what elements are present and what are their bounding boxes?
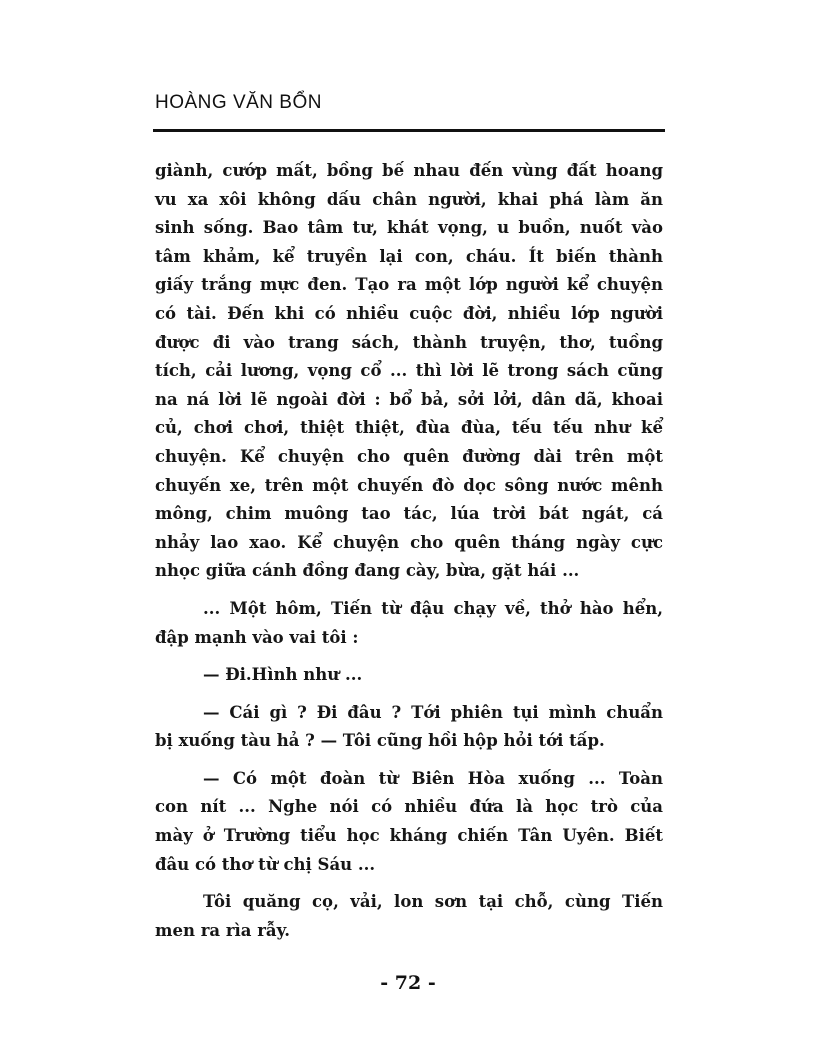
text-line: có tài. Đến khi có nhiều cuộc đời, nhiều…	[155, 300, 663, 329]
paragraph: giành, cướp mất, bồng bế nhau đến vùng đ…	[155, 157, 663, 586]
text-line: nhọc giữa cánh đồng đang cày, bừa, gặt h…	[155, 557, 663, 586]
header-rule	[153, 129, 665, 132]
text-line: tích, cải lương, vọng cổ ... thì lời lẽ …	[155, 357, 663, 386]
paragraph: — Đi.Hình như ...	[155, 661, 663, 690]
text-line: ... Một hôm, Tiến từ đậu chạy về, thở hà…	[155, 595, 663, 624]
body-text: giành, cướp mất, bồng bế nhau đến vùng đ…	[155, 157, 663, 945]
text-line: con nít ... Nghe nói có nhiều đứa là học…	[155, 793, 663, 822]
text-line: vu xa xôi không dấu chân người, khai phá…	[155, 186, 663, 215]
text-line: mông, chim muông tao tác, lúa trời bát n…	[155, 500, 663, 529]
text-line: mày ở Trường tiểu học kháng chiến Tân Uy…	[155, 822, 663, 851]
paragraph: Tôi quăng cọ, vải, lon sơn tại chỗ, cùng…	[155, 888, 663, 945]
page-number: - 72 -	[0, 972, 816, 994]
text-line: nhảy lao xao. Kể chuyện cho quên tháng n…	[155, 529, 663, 558]
text-line: bị xuống tàu hả ? — Tôi cũng hồi hộp hỏi…	[155, 727, 663, 756]
paragraph: — Cái gì ? Đi đâu ? Tới phiên tụi mình c…	[155, 699, 663, 756]
text-line: chuyến xe, trên một chuyến đò dọc sông n…	[155, 472, 663, 501]
text-line: — Có một đoàn từ Biên Hòa xuống ... Toàn	[155, 765, 663, 794]
running-head-author: HOÀNG VĂN BỔN	[155, 92, 322, 114]
text-line: sinh sống. Bao tâm tư, khát vọng, u buồn…	[155, 214, 663, 243]
text-line: Tôi quăng cọ, vải, lon sơn tại chỗ, cùng…	[155, 888, 663, 917]
text-line: tâm khảm, kể truyền lại con, cháu. Ít bi…	[155, 243, 663, 272]
book-page: HOÀNG VĂN BỔN giành, cướp mất, bồng bế n…	[0, 0, 816, 1056]
text-line: đâu có thơ từ chị Sáu ...	[155, 851, 663, 880]
text-line: củ, chơi chơi, thiệt thiệt, đùa đùa, tếu…	[155, 414, 663, 443]
text-line: — Cái gì ? Đi đâu ? Tới phiên tụi mình c…	[155, 699, 663, 728]
text-line: được đi vào trang sách, thành truyện, th…	[155, 329, 663, 358]
text-line: men ra rìa rẫy.	[155, 917, 663, 946]
text-line: giấy trắng mực đen. Tạo ra một lớp người…	[155, 271, 663, 300]
text-line: — Đi.Hình như ...	[155, 661, 663, 690]
text-line: chuyện. Kể chuyện cho quên đường dài trê…	[155, 443, 663, 472]
text-line: na ná lời lẽ ngoài đời : bổ bả, sởi lởi,…	[155, 386, 663, 415]
text-line: giành, cướp mất, bồng bế nhau đến vùng đ…	[155, 157, 663, 186]
text-line: đập mạnh vào vai tôi :	[155, 624, 663, 653]
paragraph: — Có một đoàn từ Biên Hòa xuống ... Toàn…	[155, 765, 663, 879]
paragraph: ... Một hôm, Tiến từ đậu chạy về, thở hà…	[155, 595, 663, 652]
